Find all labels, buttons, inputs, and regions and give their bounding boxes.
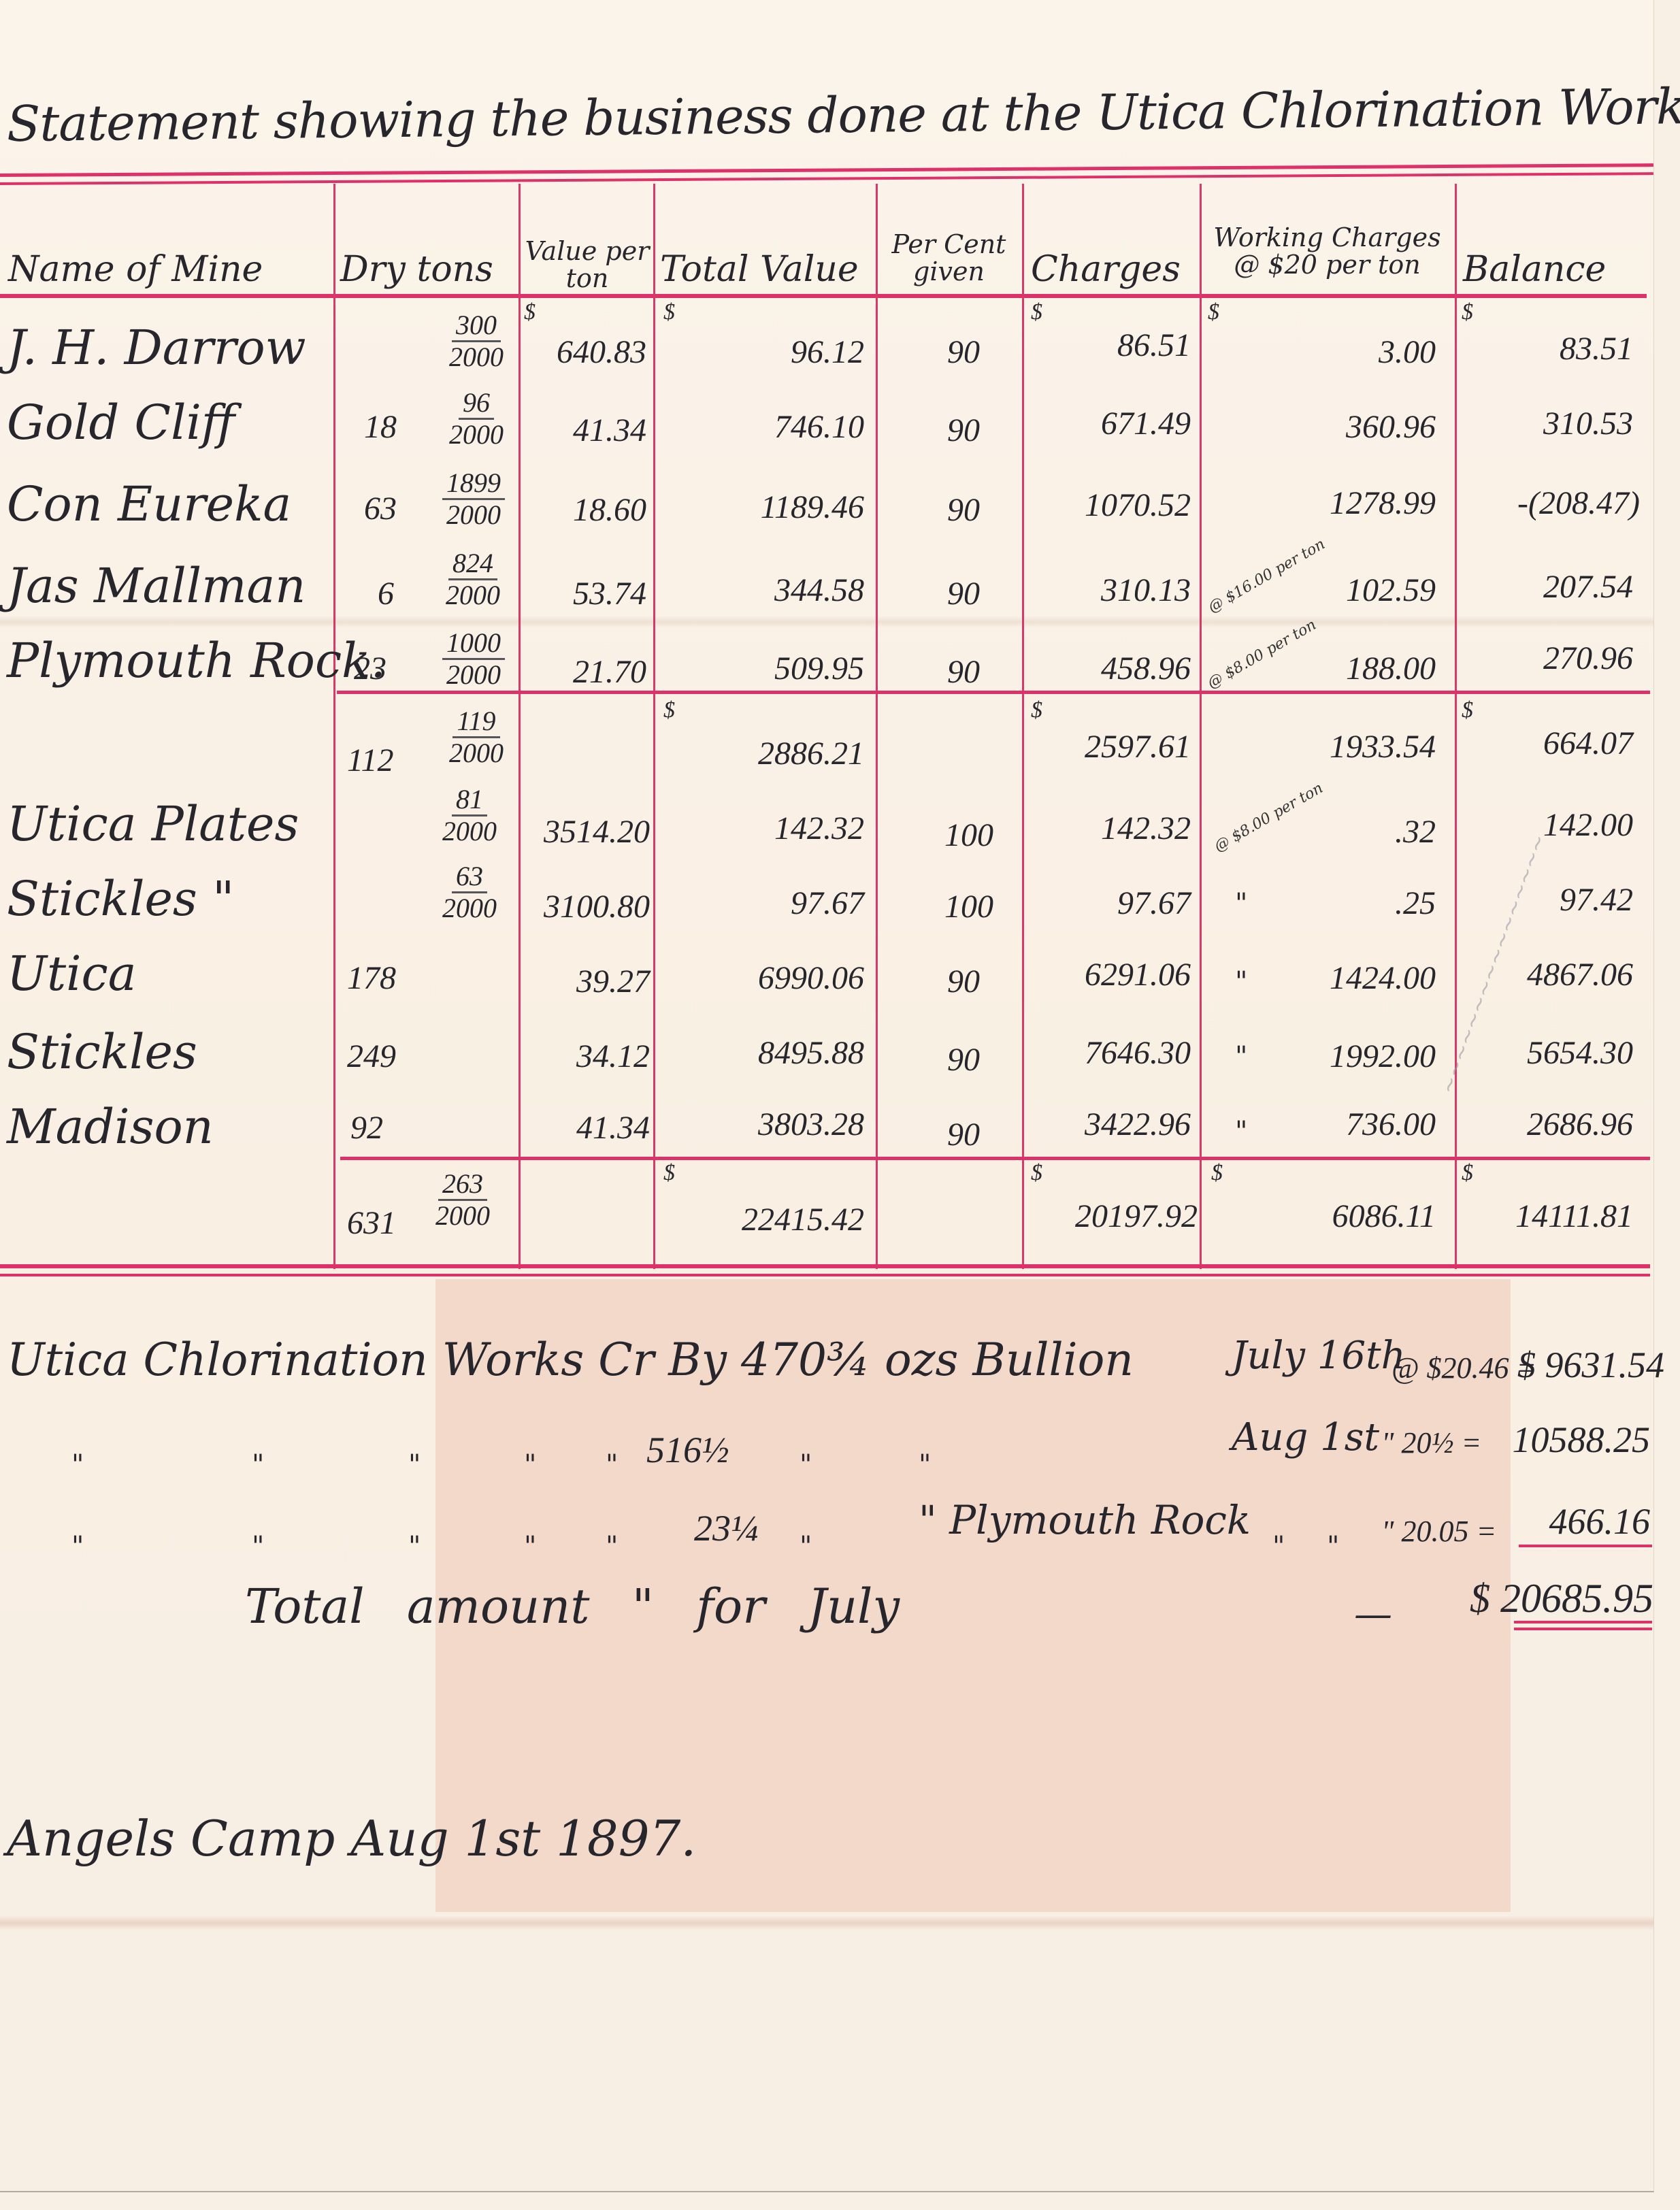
credit-rate-1: @ $20.46 = bbox=[1391, 1351, 1536, 1385]
fraction-denominator: 2000 bbox=[442, 817, 497, 845]
tons-whole: 6 bbox=[378, 575, 394, 612]
value-per-ton: 3514.20 bbox=[524, 813, 650, 851]
total-value: 6990.06 bbox=[660, 959, 864, 997]
balance: 14111.81 bbox=[1463, 1198, 1633, 1235]
ditto-mark: " bbox=[71, 1531, 84, 1562]
per-cent: 100 bbox=[891, 888, 993, 925]
per-cent: 90 bbox=[891, 412, 980, 449]
charges: 2597.61 bbox=[1027, 728, 1191, 765]
credit-amount-3: 466.16 bbox=[1511, 1500, 1650, 1543]
mine-name: J. H. Darrow bbox=[7, 320, 306, 376]
fraction-numerator: 300 bbox=[452, 312, 501, 342]
column-divider bbox=[653, 184, 655, 1269]
total-underline bbox=[1514, 1621, 1652, 1623]
per-cent: 90 bbox=[891, 575, 980, 612]
ditto-mark: " bbox=[524, 1531, 536, 1562]
tons-fraction: 812000 bbox=[442, 786, 497, 845]
working-charges: 3.00 bbox=[1211, 333, 1436, 371]
dollar-sign: $ bbox=[1031, 697, 1042, 723]
dollar-sign: $ bbox=[524, 299, 536, 325]
credit-date-1: July 16th bbox=[1232, 1334, 1406, 1378]
tons-fraction: 18992000 bbox=[442, 469, 505, 529]
working-charges: 1424.00 bbox=[1211, 959, 1436, 997]
total-value: 509.95 bbox=[660, 650, 864, 687]
fraction-numerator: 63 bbox=[452, 863, 487, 893]
per-cent: 90 bbox=[891, 491, 980, 529]
fraction-denominator: 2000 bbox=[449, 342, 504, 371]
mine-name: Gold Cliff bbox=[7, 395, 235, 450]
working-charges: 736.00 bbox=[1211, 1106, 1436, 1143]
per-cent: 90 bbox=[891, 653, 980, 691]
dollar-sign: $ bbox=[1031, 1160, 1042, 1186]
value-per-ton: 34.12 bbox=[524, 1038, 650, 1075]
working-charges: 360.96 bbox=[1211, 408, 1436, 446]
balance: 83.51 bbox=[1463, 330, 1633, 367]
fraction-numerator: 119 bbox=[452, 708, 499, 738]
value-per-ton: 39.27 bbox=[524, 963, 650, 1000]
mine-name: Plymouth Rock. bbox=[7, 633, 386, 689]
mine-name: Stickles " bbox=[7, 871, 234, 927]
working-charges: .25 bbox=[1211, 885, 1436, 922]
fold-crease bbox=[0, 1915, 1653, 1930]
column-divider bbox=[876, 184, 878, 1269]
tons-whole: 23 bbox=[354, 650, 386, 687]
dollar-sign: $ bbox=[1208, 299, 1219, 325]
dollar-sign: $ bbox=[663, 1160, 675, 1186]
total-amount: $ 20685.95 bbox=[1470, 1575, 1652, 1622]
per-cent: 90 bbox=[891, 1041, 980, 1078]
subtotal-rule bbox=[337, 691, 1650, 694]
balance: 2686.96 bbox=[1463, 1106, 1633, 1143]
tons-whole: 92 bbox=[350, 1109, 383, 1147]
total-value: 3803.28 bbox=[660, 1106, 864, 1143]
tons-fraction: 632000 bbox=[442, 863, 497, 922]
table-bottom-rule bbox=[0, 1274, 1650, 1276]
tons-whole: 178 bbox=[347, 959, 396, 997]
value-per-ton: 640.83 bbox=[524, 333, 646, 371]
dollar-sign: $ bbox=[1462, 299, 1473, 325]
per-cent: 90 bbox=[891, 1116, 980, 1153]
charges: 458.96 bbox=[1027, 650, 1191, 687]
working-charges: 1992.00 bbox=[1211, 1038, 1436, 1075]
tons-fraction: 3002000 bbox=[449, 312, 504, 371]
ditto-mark: " bbox=[408, 1531, 421, 1562]
tons-fraction: 8242000 bbox=[446, 550, 500, 609]
working-charges: 1278.99 bbox=[1211, 484, 1436, 522]
amount-underline bbox=[1519, 1545, 1652, 1547]
credit-rate-3: " 20.05 = bbox=[1381, 1514, 1496, 1549]
fraction-denominator: 2000 bbox=[442, 893, 497, 922]
page-title: Statement showing the business done at t… bbox=[7, 73, 1680, 152]
total-value: 344.58 bbox=[660, 572, 864, 609]
ditto-mark: " bbox=[1272, 1531, 1285, 1562]
charges: 86.51 bbox=[1027, 327, 1191, 364]
working-charges: 1933.54 bbox=[1211, 728, 1436, 765]
value-per-ton: 3100.80 bbox=[524, 888, 650, 925]
table-bottom-rule bbox=[0, 1264, 1650, 1268]
charges: 6291.06 bbox=[1027, 956, 1191, 993]
credit-qty-3: 23¼ bbox=[694, 1507, 759, 1549]
working-charges: 188.00 bbox=[1211, 650, 1436, 687]
value-per-ton: 41.34 bbox=[524, 412, 646, 449]
dollar-sign: $ bbox=[1462, 697, 1473, 723]
column-divider bbox=[1200, 184, 1202, 1269]
credit-qty-2: 516½ bbox=[646, 1429, 729, 1471]
fraction-numerator: 1000 bbox=[442, 629, 505, 660]
ditto-mark: " bbox=[408, 1449, 421, 1481]
total-value: 2886.21 bbox=[660, 735, 864, 772]
tons-whole: 63 bbox=[364, 490, 397, 527]
ditto-mark: " bbox=[606, 1449, 618, 1481]
tons-fraction: 1192000 bbox=[449, 708, 504, 767]
ditto-mark: " bbox=[71, 1449, 84, 1481]
fraction-numerator: 96 bbox=[459, 389, 494, 420]
value-per-ton: 53.74 bbox=[524, 575, 646, 612]
credit-rate-2: " 20½ = bbox=[1381, 1425, 1481, 1460]
ditto-mark: " bbox=[1327, 1531, 1339, 1562]
ditto-mark: " bbox=[606, 1531, 618, 1562]
total-value: 96.12 bbox=[660, 333, 864, 371]
fraction-numerator: 1899 bbox=[442, 469, 505, 500]
total-value: 142.32 bbox=[660, 810, 864, 847]
fraction-denominator: 2000 bbox=[449, 738, 504, 767]
col-header-balance: Balance bbox=[1463, 252, 1606, 287]
column-header-rule bbox=[0, 294, 1647, 298]
tons-whole: 18 bbox=[364, 408, 397, 446]
col-header-name: Name of Mine bbox=[8, 252, 263, 287]
fold-crease bbox=[0, 616, 1653, 628]
dollar-sign: $ bbox=[663, 697, 675, 723]
tons-whole: 112 bbox=[347, 742, 393, 779]
fraction-numerator: 824 bbox=[448, 550, 497, 580]
mine-name: Con Eureka bbox=[7, 476, 291, 532]
dollar-sign: $ bbox=[1462, 1160, 1473, 1186]
working-charges: .32 bbox=[1211, 813, 1436, 851]
ditto-mark: " bbox=[919, 1449, 931, 1481]
tons-whole: 249 bbox=[347, 1038, 396, 1075]
column-divider bbox=[518, 184, 521, 1269]
value-per-ton: 41.34 bbox=[524, 1109, 650, 1147]
tons-fraction: 2632000 bbox=[435, 1170, 490, 1230]
col-header-value-per-ton: Value per ton bbox=[523, 238, 652, 293]
column-divider bbox=[1455, 184, 1457, 1269]
mine-name: Madison bbox=[7, 1099, 214, 1155]
total-value: 22415.42 bbox=[660, 1201, 864, 1238]
fraction-denominator: 2000 bbox=[449, 420, 504, 448]
charges: 671.49 bbox=[1027, 405, 1191, 442]
working-charges: 102.59 bbox=[1211, 572, 1436, 609]
ledger-page: Statement showing the business done at t… bbox=[0, 0, 1654, 2192]
col-header-total-value: Total Value bbox=[660, 252, 859, 287]
balance: 310.53 bbox=[1463, 405, 1633, 442]
mine-name: Jas Mallman bbox=[7, 558, 306, 614]
column-divider bbox=[333, 184, 335, 1269]
value-per-ton: 18.60 bbox=[524, 491, 646, 529]
fraction-denominator: 2000 bbox=[435, 1201, 490, 1230]
dollar-sign: $ bbox=[1031, 299, 1042, 325]
per-cent: 100 bbox=[891, 817, 993, 854]
total-value: 1189.46 bbox=[660, 489, 864, 526]
charges: 20197.92 bbox=[1027, 1198, 1198, 1235]
credit-date-2: Aug 1st bbox=[1232, 1415, 1379, 1459]
total-value: 746.10 bbox=[660, 408, 864, 446]
mine-name: Utica bbox=[7, 946, 136, 1002]
dollar-sign: $ bbox=[1211, 1160, 1223, 1186]
tons-whole: 631 bbox=[347, 1204, 396, 1242]
fraction-denominator: 2000 bbox=[446, 660, 501, 689]
place-date: Angels Camp Aug 1st 1897. bbox=[7, 1810, 696, 1867]
col-header-charges: Charges bbox=[1031, 252, 1181, 287]
charges: 142.32 bbox=[1027, 810, 1191, 847]
credit-amount-1: $ 9631.54 bbox=[1517, 1344, 1653, 1386]
credit-amount-2: 10588.25 bbox=[1483, 1419, 1650, 1461]
balance: 5654.30 bbox=[1463, 1034, 1633, 1072]
value-per-ton: 21.70 bbox=[524, 653, 646, 691]
balance-deficit: -(208.47) bbox=[1463, 484, 1640, 522]
ditto-mark: " bbox=[252, 1449, 264, 1481]
charges: 7646.30 bbox=[1027, 1034, 1191, 1072]
ditto-mark: " bbox=[800, 1449, 812, 1481]
mine-name: Stickles bbox=[7, 1024, 197, 1080]
column-divider bbox=[1022, 184, 1024, 1269]
total-label: Total amount " for July bbox=[245, 1579, 900, 1634]
total-value: 97.67 bbox=[660, 885, 864, 922]
charges: 310.13 bbox=[1027, 572, 1191, 609]
credit-line-1: Utica Chlorination Works Cr By 470¾ ozs … bbox=[7, 1334, 1134, 1386]
balance: 270.96 bbox=[1463, 640, 1633, 677]
col-header-per-cent-given: Per Cent given bbox=[879, 231, 1019, 286]
tons-fraction: 10002000 bbox=[442, 629, 505, 689]
col-header-dry-tons: Dry tons bbox=[340, 252, 493, 287]
ditto-mark: " bbox=[800, 1531, 812, 1562]
balance: 97.42 bbox=[1463, 881, 1633, 919]
charges: 3422.96 bbox=[1027, 1106, 1191, 1143]
mine-name: Utica Plates bbox=[7, 796, 299, 852]
per-cent: 90 bbox=[891, 333, 980, 371]
balance: 664.07 bbox=[1463, 725, 1633, 762]
tons-fraction: 962000 bbox=[449, 389, 504, 448]
total-dash: — bbox=[1354, 1592, 1392, 1636]
total-value: 8495.88 bbox=[660, 1034, 864, 1072]
charges: 1070.52 bbox=[1027, 486, 1191, 524]
grand-total-rule bbox=[340, 1157, 1650, 1160]
col-header-working-charges: Working Charges @ $20 per ton bbox=[1203, 225, 1451, 279]
fraction-numerator: 263 bbox=[438, 1170, 487, 1201]
fraction-denominator: 2000 bbox=[446, 580, 500, 609]
dollar-sign: $ bbox=[663, 299, 675, 325]
per-cent: 90 bbox=[891, 963, 980, 1000]
ditto-mark: " bbox=[524, 1449, 536, 1481]
charges: 97.67 bbox=[1027, 885, 1191, 922]
ditto-mark: " bbox=[252, 1531, 264, 1562]
credit-source-3: " Plymouth Rock bbox=[919, 1497, 1251, 1543]
fraction-numerator: 81 bbox=[452, 786, 487, 817]
working-charges: 6086.11 bbox=[1211, 1198, 1436, 1235]
total-underline bbox=[1514, 1628, 1652, 1630]
fraction-denominator: 2000 bbox=[446, 500, 501, 529]
balance: 207.54 bbox=[1463, 568, 1633, 606]
